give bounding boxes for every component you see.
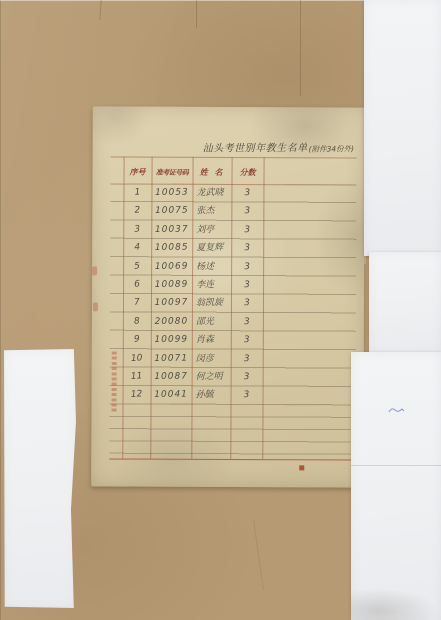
ruled-lines-lower: [109, 404, 355, 456]
cell-serial: 1: [123, 183, 152, 203]
blue-pen-mark: [388, 400, 406, 409]
collage-white-strip-mid-right: [369, 252, 441, 354]
cell-serial: 8: [122, 312, 151, 332]
cell-admission-number: 10099: [151, 331, 192, 350]
cell-score: 3: [231, 220, 264, 240]
table-row: 10 10071 闵彦 3: [110, 349, 356, 368]
printer-imprint-mark: [111, 351, 116, 413]
table-row: 12 10041 孙毓 3: [110, 386, 356, 405]
paper-crease: [253, 520, 264, 589]
handwritten-document: 汕头考世别年教生名单 (附件34份外) 序号 准考证号码 姓 名 分数 1 10…: [91, 106, 365, 487]
paper-crease: [196, 0, 197, 28]
table-row: 3 10037 刘亭 3: [110, 220, 356, 239]
cell-serial: 12: [122, 385, 151, 405]
cell-admission-number: 10087: [151, 367, 192, 386]
document-annotation: (附件34份外): [309, 143, 355, 155]
document-title: 汕头考世别年教生名单: [203, 139, 308, 154]
column-header-serial: 序号: [123, 163, 151, 183]
cell-serial: 2: [123, 201, 152, 221]
red-margin-smudge: [93, 302, 98, 311]
column-header-admission-number: 准考证号码: [151, 163, 192, 183]
table-bottom-line: [109, 458, 355, 460]
table-body: 1 10053 龙武晓 3 2 10075 张杰 3 3 10037 刘亭 3 …: [93, 106, 365, 107]
paper-seam: [351, 465, 441, 466]
table-row: 7 10097 翁凯旋 3: [110, 294, 356, 313]
table-row: 2 10075 张杰 3: [110, 202, 356, 221]
cell-admission-number: 10071: [151, 349, 192, 368]
cell-serial: 3: [123, 220, 152, 240]
table-row: 8 20080 邵光 3: [110, 312, 356, 331]
cell-serial: 7: [122, 293, 151, 313]
cell-score: 3: [230, 386, 263, 406]
title-underline: [111, 156, 357, 158]
table-row: 9 10099 肖森 3: [110, 331, 356, 350]
column-header-name: 姓 名: [192, 163, 231, 183]
cell-score: 3: [231, 183, 264, 203]
paper-crease: [99, 0, 101, 20]
cell-score: 3: [231, 239, 264, 259]
cell-score: 3: [231, 257, 264, 277]
cell-serial: 5: [123, 256, 152, 276]
cell-score: 3: [230, 349, 263, 369]
table-row: 4 10085 夏复辉 3: [110, 239, 356, 258]
column-header-score: 分数: [231, 163, 263, 183]
table-row: 5 10069 杨述 3: [110, 257, 356, 276]
cell-serial: 4: [123, 238, 152, 258]
cell-admission-number: 10097: [151, 294, 192, 313]
cell-admission-number: 10053: [151, 183, 192, 202]
cell-score: 3: [231, 294, 264, 314]
red-margin-smudge: [92, 266, 97, 275]
cell-serial: 11: [122, 367, 151, 387]
cell-score: 3: [230, 331, 263, 351]
cell-serial: 9: [122, 330, 151, 350]
cell-admission-number: 20080: [151, 312, 192, 331]
cell-admission-number: 10037: [151, 220, 192, 239]
cell-score: 3: [231, 202, 264, 222]
gray-smudge: [351, 574, 441, 620]
cell-admission-number: 10069: [151, 257, 192, 276]
cell-serial: 6: [122, 275, 151, 295]
cell-score: 3: [231, 275, 264, 295]
cell-serial: 10: [122, 348, 151, 368]
artwork-canvas: 汕头考世别年教生名单 (附件34份外) 序号 准考证号码 姓 名 分数 1 10…: [0, 0, 441, 620]
cell-admission-number: 10085: [151, 239, 192, 258]
red-stamp-dot: [299, 465, 304, 470]
collage-white-strip-top-right: [364, 0, 441, 256]
cell-admission-number: 10075: [151, 202, 192, 221]
cell-score: 3: [230, 367, 263, 387]
cell-admission-number: 10089: [151, 275, 192, 294]
cell-admission-number: 10041: [150, 386, 191, 405]
collage-white-block-bottom-right: [351, 352, 441, 620]
paper-crease: [300, 0, 301, 96]
collage-white-block-left: [4, 349, 76, 608]
cell-score: 3: [230, 312, 263, 332]
